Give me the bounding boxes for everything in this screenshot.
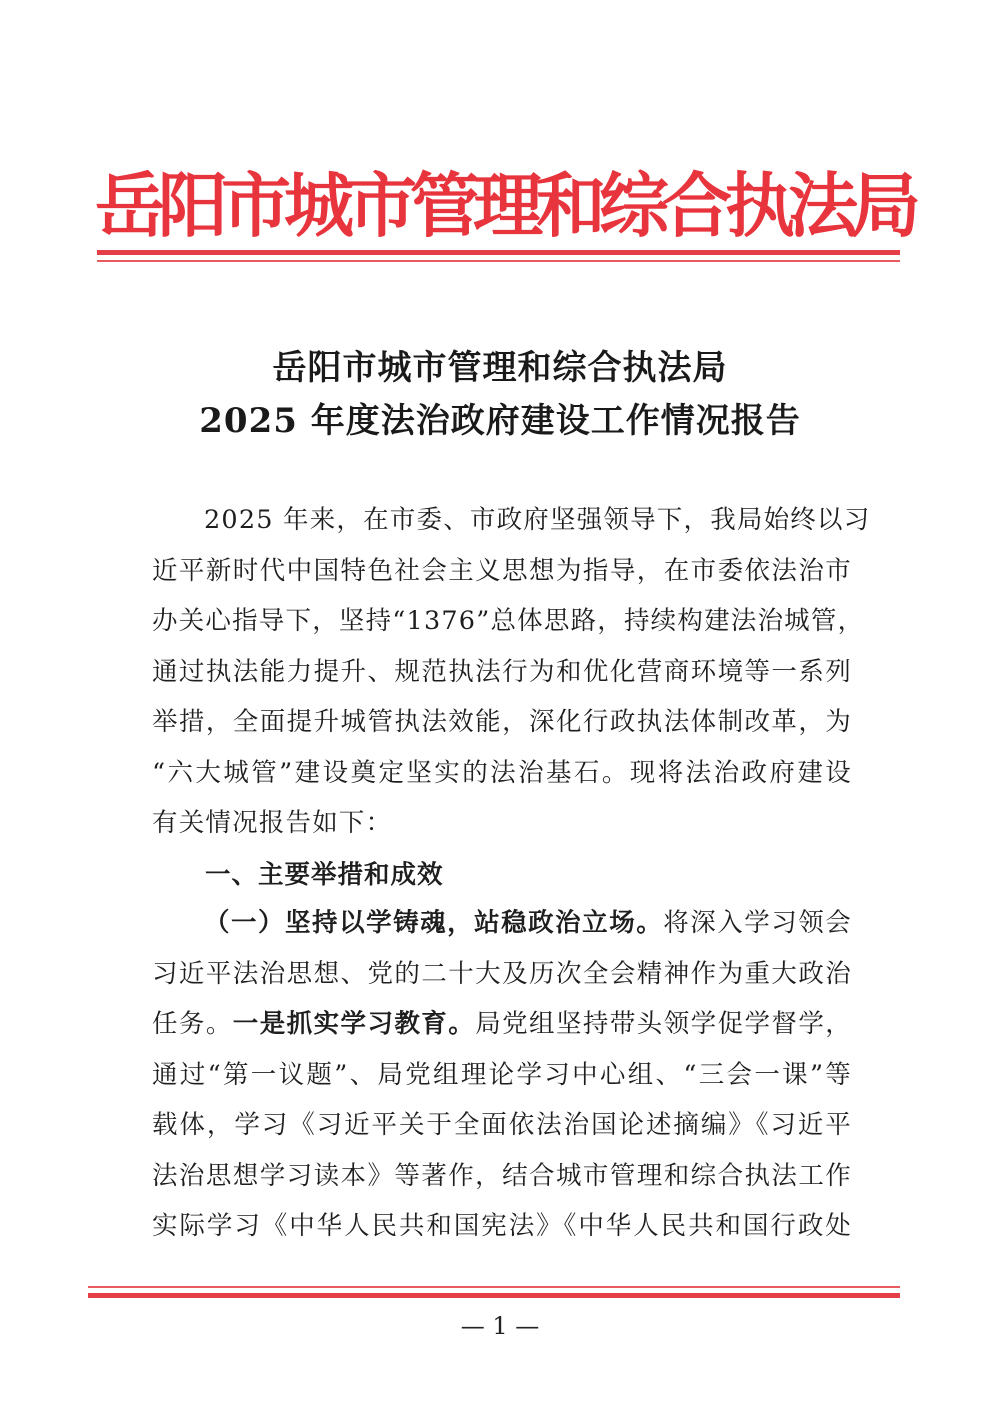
paragraph-line: 2025 年来，在市委、市政府坚强领导下，我局始终以习 <box>152 495 852 546</box>
masthead-char: 阳 <box>158 150 221 251</box>
point-heading: 一是抓实学习教育。 <box>233 1009 475 1039</box>
page-number: — 1 — <box>0 1312 1000 1340</box>
section-heading: 一、主要举措和成效 <box>205 855 444 891</box>
paragraph-line: 办关心指导下，坚持“1376”总体思路，持续构建法治城管， <box>152 596 852 647</box>
paragraph-text: 局党组坚持带头领学促学督学， <box>475 1009 852 1039</box>
paragraph-text: 将深入学习领会 <box>663 908 852 938</box>
footer-rule-thin <box>88 1286 900 1288</box>
masthead-char: 管 <box>410 150 473 251</box>
subsection-paragraph: （一）坚持以学铸魂，站稳政治立场。将深入学习领会 习近平法治思想、党的二十大及历… <box>152 898 852 1252</box>
paragraph-line: 近平新时代中国特色社会主义思想为指导，在市委依法治市 <box>152 546 852 597</box>
paragraph-line: 通过执法能力提升、规范执法行为和优化营商环境等一系列 <box>152 647 852 698</box>
masthead-char: 岳 <box>95 150 158 251</box>
header-rule-thin <box>97 260 900 262</box>
masthead-char: 综 <box>599 150 662 251</box>
masthead-char: 合 <box>662 150 725 251</box>
paragraph-line: 载体，学习《习近平关于全面依法治国论述摘编》《习近平 <box>152 1100 852 1151</box>
document-title-line2: 2025 年度法治政府建设工作情况报告 <box>0 393 1000 442</box>
masthead-char: 法 <box>788 150 851 251</box>
masthead-char: 市 <box>221 150 284 251</box>
masthead-char: 市 <box>347 150 410 251</box>
masthead-char: 执 <box>725 150 788 251</box>
paragraph-line: 举措，全面提升城管执法效能，深化行政执法体制改革，为 <box>152 697 852 748</box>
paragraph-line: 法治思想学习读本》等著作，结合城市管理和综合执法工作 <box>152 1151 852 1202</box>
masthead-char: 城 <box>284 150 347 251</box>
paragraph-line: “六大城管”建设奠定坚实的法治基石。现将法治政府建设 <box>152 748 852 799</box>
paragraph-line: 任务。一是抓实学习教育。局党组坚持带头领学促学督学， <box>152 999 852 1050</box>
paragraph-line: （一）坚持以学铸魂，站稳政治立场。将深入学习领会 <box>152 898 852 949</box>
masthead-char: 和 <box>536 150 599 251</box>
intro-paragraph: 2025 年来，在市委、市政府坚强领导下，我局始终以习 近平新时代中国特色社会主… <box>152 495 852 849</box>
paragraph-text: 任务。 <box>152 1009 233 1039</box>
masthead-char: 局 <box>851 150 914 251</box>
masthead-agency-name: 岳 阳 市 城 市 管 理 和 综 合 执 法 局 <box>95 150 905 250</box>
paragraph-line: 习近平法治思想、党的二十大及历次全会精神作为重大政治 <box>152 949 852 1000</box>
masthead-char: 理 <box>473 150 536 251</box>
paragraph-line: 通过“第一议题”、局党组理论学习中心组、“三会一课”等 <box>152 1050 852 1101</box>
paragraph-line: 有关情况报告如下： <box>152 798 852 849</box>
paragraph-line: 实际学习《中华人民共和国宪法》《中华人民共和国行政处 <box>152 1201 852 1252</box>
header-rule-thick <box>97 250 900 255</box>
document-title-line1: 岳阳市城市管理和综合执法局 <box>0 340 1000 389</box>
subsection-heading: （一）坚持以学铸魂，站稳政治立场。 <box>204 908 663 938</box>
footer-rule-thick <box>88 1293 900 1298</box>
